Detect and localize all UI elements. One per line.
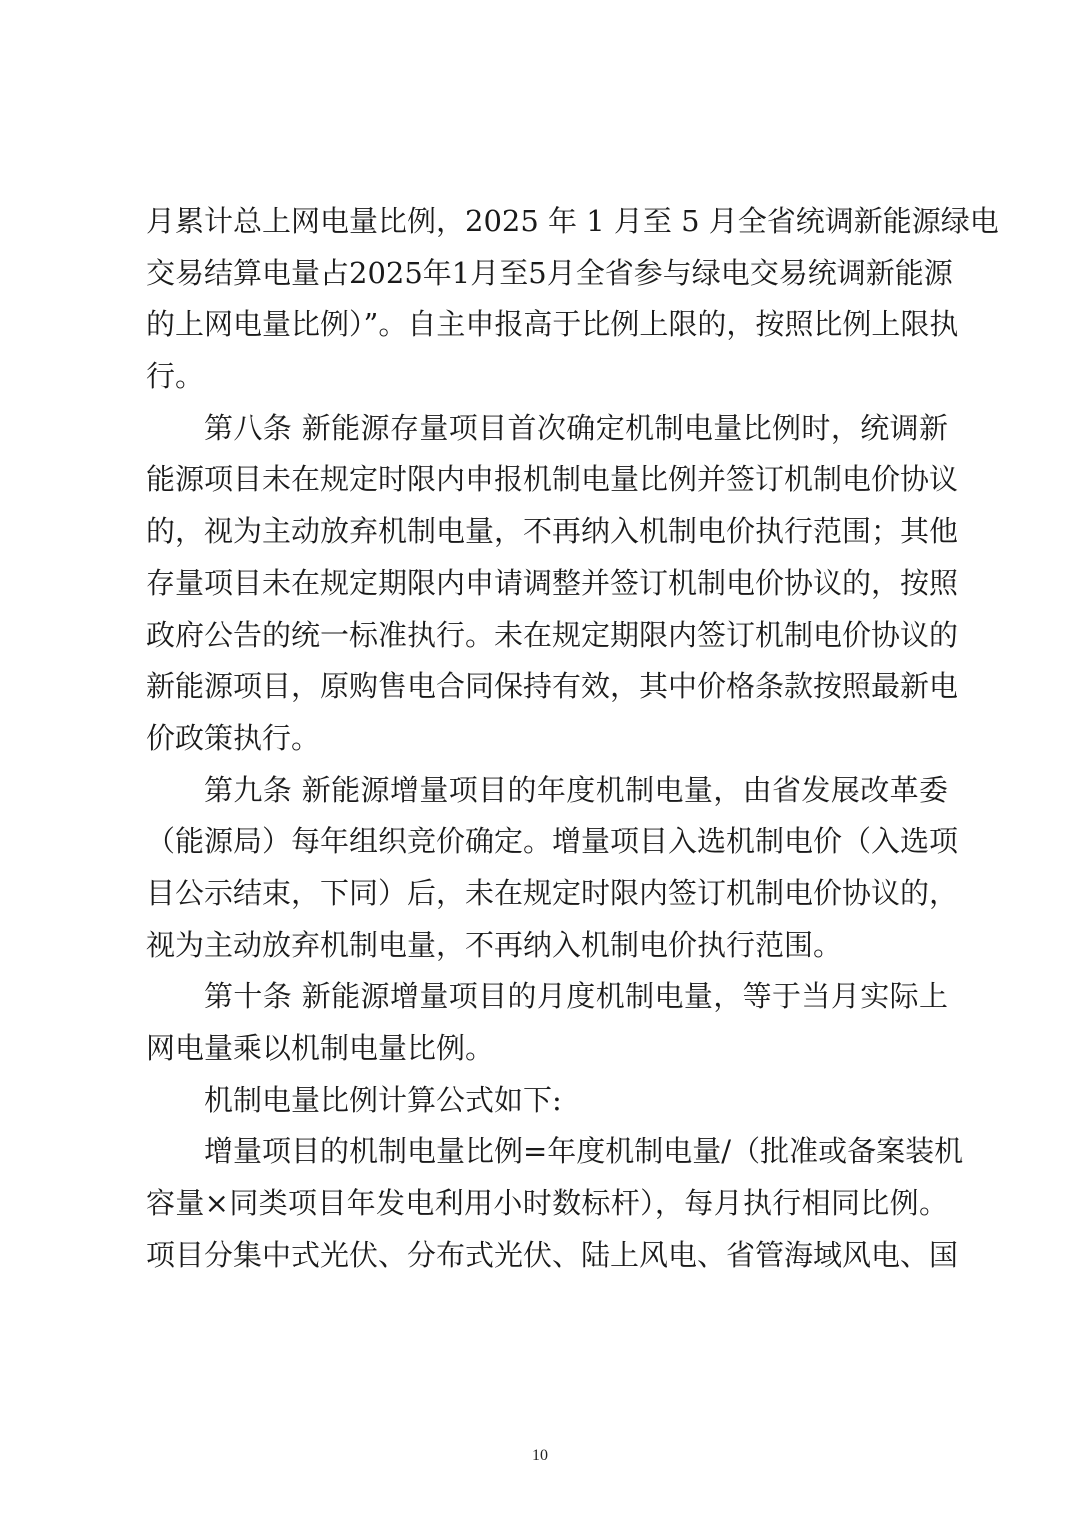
body-text: 月累计总上网电量比例，2025 年 1 月至 5 月全省统调新能源绿电 交易结算…	[146, 196, 948, 1281]
article-10-heading-line: 第十条 新能源增量项目的月度机制电量，等于当月实际上	[146, 971, 948, 1023]
formula-intro-line: 机制电量比例计算公式如下:	[146, 1075, 948, 1127]
text-line: 能源项目未在规定时限内申报机制电量比例并签订机制电价协议	[146, 454, 948, 506]
article-9-heading-line: 第九条 新能源增量项目的年度机制电量，由省发展改革委	[146, 765, 948, 817]
text-line: 的上网电量比例）”。自主申报高于比例上限的，按照比例上限执	[146, 299, 948, 351]
text-line: 目公示结束，下同）后，未在规定时限内签订机制电价协议的，	[146, 868, 948, 920]
text-line: 月累计总上网电量比例，2025 年 1 月至 5 月全省统调新能源绿电	[146, 196, 948, 248]
text-line: 视为主动放弃机制电量，不再纳入机制电价执行范围。	[146, 920, 948, 972]
text-line: 项目分集中式光伏、分布式光伏、陆上风电、省管海域风电、国	[146, 1230, 948, 1282]
text-line: 行。	[146, 351, 948, 403]
text-line: 价政策执行。	[146, 713, 948, 765]
page-number: 10	[0, 1447, 1080, 1465]
text-line: 网电量乘以机制电量比例。	[146, 1023, 948, 1075]
text-line: 交易结算电量占2025年1月至5月全省参与绿电交易统调新能源	[146, 248, 948, 300]
text-line: 新能源项目，原购售电合同保持有效，其中价格条款按照最新电	[146, 661, 948, 713]
article-8-heading-line: 第八条 新能源存量项目首次确定机制电量比例时，统调新	[146, 403, 948, 455]
text-line: 政府公告的统一标准执行。未在规定期限内签订机制电价协议的	[146, 610, 948, 662]
text-line: 容量×同类项目年发电利用小时数标杆），每月执行相同比例。	[146, 1178, 948, 1230]
formula-line: 增量项目的机制电量比例=年度机制电量/（批准或备案装机	[146, 1126, 948, 1178]
text-line: 的，视为主动放弃机制电量，不再纳入机制电价执行范围；其他	[146, 506, 948, 558]
text-line: 存量项目未在规定期限内申请调整并签订机制电价协议的，按照	[146, 558, 948, 610]
text-line: （能源局）每年组织竞价确定。增量项目入选机制电价（入选项	[146, 816, 948, 868]
document-page: 月累计总上网电量比例，2025 年 1 月至 5 月全省统调新能源绿电 交易结算…	[0, 0, 1080, 1527]
